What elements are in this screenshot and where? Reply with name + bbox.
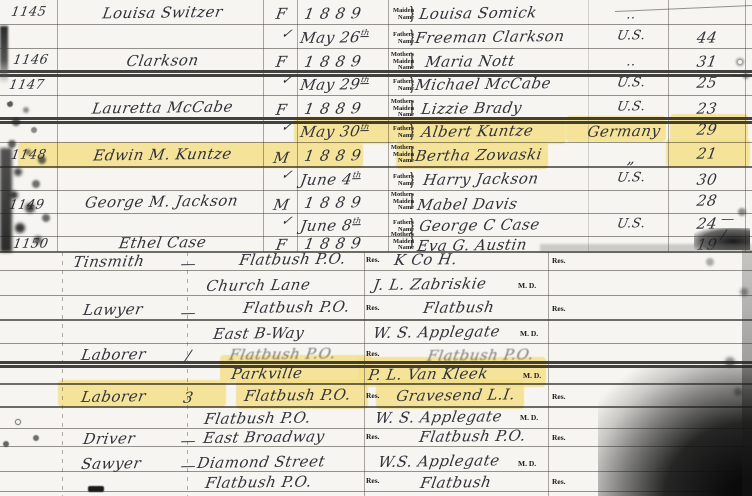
scan-noise xyxy=(16,420,20,424)
parent-name: Louisa Somick xyxy=(418,3,538,23)
checkmark-icon: ✓ xyxy=(280,214,294,229)
parent-name: Michael McCabe xyxy=(414,74,553,94)
tally-mark: 3 xyxy=(165,388,212,407)
res-label: Res. xyxy=(366,432,380,441)
column-line xyxy=(364,252,365,496)
address: East B-Way xyxy=(212,324,306,343)
parent-name: George C Case xyxy=(418,215,541,235)
address: Diamond Street xyxy=(196,452,327,472)
parent-name: Bertha Zowaski xyxy=(414,145,544,165)
child-name: George M. Jackson xyxy=(55,191,268,212)
md-label: M. D. xyxy=(518,459,536,468)
age: 30 xyxy=(678,170,736,189)
nativity: U.S. xyxy=(586,75,677,91)
occupation: Laborer xyxy=(80,345,147,364)
tally-mark: — xyxy=(165,303,212,322)
address: East Broadway xyxy=(202,427,326,447)
address: Flatbush P.O. xyxy=(204,473,313,492)
rule-line xyxy=(0,295,752,296)
physician-name: P. L. Van Kleek xyxy=(367,364,489,384)
res-label: Res. xyxy=(552,256,566,265)
address: Flatbush P.O. xyxy=(228,345,337,364)
tally-mark: ∕ xyxy=(165,346,212,365)
nativity: .. xyxy=(586,7,677,23)
sex-mark: F xyxy=(264,53,299,71)
occupation: Lawyer xyxy=(82,300,144,319)
nativity: U.S. xyxy=(586,28,677,44)
record-number: 1150 xyxy=(12,237,50,252)
address: Flatbush P.O. xyxy=(203,409,312,428)
nativity: U.S. xyxy=(586,216,677,232)
record-number: 1147 xyxy=(8,78,46,93)
reporter-residence: Flatbush xyxy=(419,473,493,492)
rule-line xyxy=(0,491,752,492)
scanned-birth-register-page: 1145 Louisa Switzer F 1889 MaidenName } … xyxy=(0,0,752,496)
res-label: Res. xyxy=(366,349,380,358)
tally-mark: — xyxy=(165,254,212,273)
checkmark-icon: ✓ xyxy=(280,168,294,183)
birth-date: May 30th xyxy=(299,122,370,141)
res-label: Res. xyxy=(552,433,566,442)
physician-name: W.S. Applegate xyxy=(377,451,501,471)
address: Parkville xyxy=(230,364,304,383)
md-label: M. D. xyxy=(520,413,538,422)
age: 44 xyxy=(678,28,736,47)
rule-line xyxy=(0,190,752,191)
sex-mark: F xyxy=(264,5,299,23)
physician-name: J. L. Zabriskie xyxy=(372,274,488,294)
rule-line xyxy=(0,24,752,25)
margin-dash: — xyxy=(730,68,746,83)
label-brace: } xyxy=(410,51,414,72)
scan-noise xyxy=(6,98,10,102)
age: 19 xyxy=(678,235,736,254)
label-brace: } xyxy=(410,170,414,191)
nativity: U.S. xyxy=(586,170,677,186)
record-number: 1148 xyxy=(10,148,48,163)
address: Flatbush P.O. xyxy=(243,386,352,405)
birth-year: 1889 xyxy=(303,193,368,212)
occupation: Tinsmith xyxy=(72,252,146,271)
md-label: M. D. xyxy=(520,329,538,338)
rule-line xyxy=(0,70,752,73)
occupation: Sawyer xyxy=(80,454,143,473)
rule-line xyxy=(0,117,752,120)
rule-line xyxy=(0,48,752,49)
scan-noise xyxy=(598,366,752,496)
parent-name: Albert Kuntze xyxy=(420,121,535,141)
label-brace: } xyxy=(410,122,414,143)
sex-mark: M xyxy=(264,196,299,214)
rule-line xyxy=(0,142,752,143)
child-name: Lauretta McCabe xyxy=(60,97,265,118)
birth-date: June 8th xyxy=(299,216,362,235)
column-line xyxy=(62,252,63,496)
label-brace: } xyxy=(410,191,414,212)
rule-line xyxy=(0,95,752,96)
birth-year: 1889 xyxy=(303,4,368,23)
age: 23 xyxy=(678,99,736,118)
rule-line xyxy=(0,343,752,344)
nativity: Germany xyxy=(570,122,678,141)
sex-mark: M xyxy=(264,149,299,167)
parent-name: Freeman Clarkson xyxy=(414,27,566,47)
column-line xyxy=(745,0,746,252)
birth-year: 1889 xyxy=(303,146,368,165)
column-line xyxy=(297,0,298,252)
reporter-residence: Flatbush P.O. xyxy=(426,346,535,365)
res-label: Res. xyxy=(552,392,566,401)
res-label: Res. xyxy=(366,303,380,312)
address: Flatbush P.O. xyxy=(242,298,351,317)
label-brace: } xyxy=(410,98,414,119)
checkmark-icon: ✓ xyxy=(280,120,294,135)
scan-noise xyxy=(738,60,742,64)
reporter-residence: Flatbush xyxy=(422,298,496,317)
age: 31 xyxy=(678,52,736,71)
address: Flatbush P.O. xyxy=(238,250,347,269)
occupation: Driver xyxy=(82,429,137,448)
res-label: Res. xyxy=(366,255,380,264)
md-label: M. D. xyxy=(523,371,541,380)
birth-date: June 4th xyxy=(299,170,362,189)
reporter-residence: Gravesend L.I. xyxy=(395,385,517,405)
age: 25 xyxy=(678,73,736,92)
parent-name: Mabel Davis xyxy=(416,195,519,214)
reporter-residence: Flatbush P.O. xyxy=(418,427,527,446)
physician-name: W. S. Applegate xyxy=(372,322,502,342)
record-number: 1146 xyxy=(12,53,50,68)
column-line xyxy=(263,0,264,252)
parent-name: Harry Jackson xyxy=(422,169,540,189)
record-number: 1145 xyxy=(10,5,48,20)
checkmark-icon: ✓ xyxy=(280,27,294,42)
age: 21 xyxy=(678,144,736,163)
res-label: Res. xyxy=(552,477,566,486)
label-brace: } xyxy=(410,4,414,25)
res-label: Res. xyxy=(366,476,380,485)
sex-mark: F xyxy=(264,101,299,119)
age: 29 xyxy=(678,120,736,139)
occupation: Laborer xyxy=(80,387,147,406)
birth-year: 1889 xyxy=(303,99,368,118)
parent-name: Lizzie Brady xyxy=(420,99,523,118)
res-label: Res. xyxy=(552,304,566,313)
child-name: Clarkson xyxy=(60,50,265,71)
physician-name: W. S. Applegate xyxy=(374,407,504,427)
child-name: Ethel Case xyxy=(60,232,265,253)
rule-line xyxy=(0,406,752,408)
checkmark-icon: ✓ xyxy=(280,73,294,88)
birth-date: May 29th xyxy=(299,75,370,94)
rule-line xyxy=(0,319,752,321)
child-name: Edwin M. Kuntze xyxy=(60,144,265,165)
reporter-residence: K Co H. xyxy=(393,250,459,269)
age: 28 xyxy=(678,191,736,210)
column-line xyxy=(548,252,549,496)
margin-dash: — xyxy=(720,212,736,227)
nativity: U.S. xyxy=(586,99,677,115)
address: Church Lane xyxy=(205,276,312,295)
md-label: M. D. xyxy=(518,281,536,290)
nativity: .. xyxy=(586,54,677,70)
nativity-ditto-mark: „ xyxy=(586,149,677,168)
column-line xyxy=(57,0,58,252)
rule-line xyxy=(0,213,752,214)
record-number: 1149 xyxy=(8,198,46,213)
label-brace: } xyxy=(410,230,414,251)
child-name: Louisa Switzer xyxy=(60,2,265,23)
scan-noise xyxy=(742,250,752,496)
parent-name: Maria Nott xyxy=(424,52,516,71)
birth-date: May 26th xyxy=(299,28,370,47)
birth-year: 1889 xyxy=(303,52,368,71)
res-label: Res. xyxy=(366,391,380,400)
